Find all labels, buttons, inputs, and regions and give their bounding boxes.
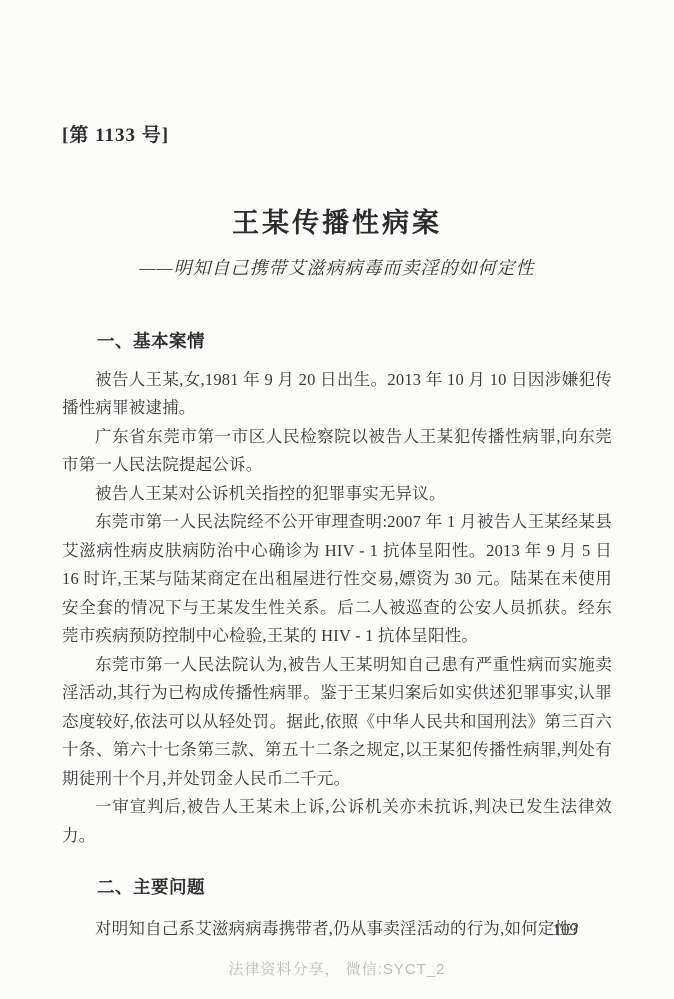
section-basic-facts-body: 被告人王某,女,1981 年 9 月 20 日出生。2013 年 10 月 10… [62,366,612,851]
section-heading-main-issue: 二、主要问题 [97,874,612,899]
paragraph-court-opinion: 东莞市第一人民法院认为,被告人王某明知自己患有严重性病而实施卖淫活动,其行为已构… [62,651,612,794]
watermark-text: 法律资料分享， 微信:SYCT_2 [0,958,674,979]
section-heading-basic-facts: 一、基本案情 [97,328,612,353]
page-number: 109 [553,920,579,940]
case-title: 王某传播性病案 [62,207,612,241]
section-main-issue-body: 对明知自己系艾滋病病毒携带者,仍从事卖淫活动的行为,如何定性? [62,915,612,944]
case-number: [第 1133 号] [62,120,612,147]
paragraph-court-findings: 东莞市第一人民法院经不公开审理查明:2007 年 1 月被告人王某经某县艾滋病性… [62,508,612,651]
paragraph-judgment-effect: 一审宣判后,被告人王某未上诉,公诉机关亦未抗诉,判决已发生法律效力。 [62,793,612,850]
paragraph-main-question: 对明知自己系艾滋病病毒携带者,仍从事卖淫活动的行为,如何定性? [62,915,612,944]
paragraph-defendant-info: 被告人王某,女,1981 年 9 月 20 日出生。2013 年 10 月 10… [62,366,612,423]
paragraph-no-objection: 被告人王某对公诉机关指控的犯罪事实无异议。 [62,480,612,509]
document-page: [第 1133 号] 王某传播性病案 ——明知自己携带艾滋病病毒而卖淫的如何定性… [0,0,674,999]
paragraph-prosecution: 广东省东莞市第一市区人民检察院以被告人王某犯传播性病罪,向东莞市第一人民法院提起… [62,423,612,480]
case-subtitle: ——明知自己携带艾滋病病毒而卖淫的如何定性 [62,254,612,280]
